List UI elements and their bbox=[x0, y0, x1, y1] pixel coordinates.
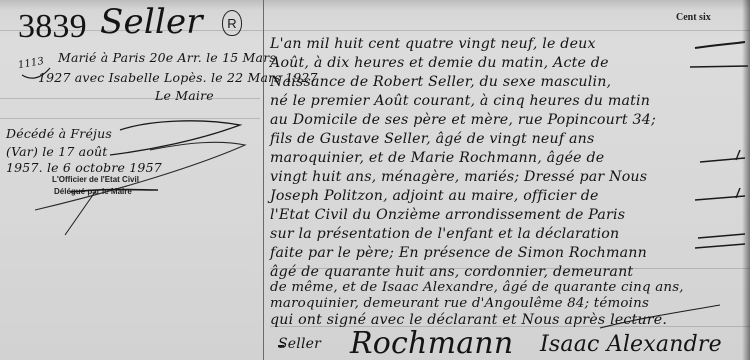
act-line-8: vingt huit ans, ménagère, mariés; Dressé… bbox=[270, 169, 647, 185]
act-line-13: âgé de quarante huit ans, cordonnier, de… bbox=[270, 264, 633, 280]
act-line-6: fils de Gustave Seller, âgé de vingt neu… bbox=[270, 131, 595, 147]
act-line-11: sur la présentation de l'enfant et la dé… bbox=[270, 226, 619, 242]
act-line-9: Joseph Politzon, adjoint au maire, offic… bbox=[270, 188, 599, 204]
signature-flourish-icon bbox=[270, 300, 750, 360]
act-line-5: au Domicile de ses père et mère, rue Pop… bbox=[270, 112, 656, 128]
act-line-10: l'Etat Civil du Onzième arrondissement d… bbox=[270, 207, 625, 223]
act-line-1: L'an mil huit cent quatre vingt neuf, le… bbox=[270, 36, 596, 52]
act-line-2: Août, à dix heures et demie du matin, Ac… bbox=[270, 55, 609, 71]
act-line-4: né le premier Août courant, à cinq heure… bbox=[270, 93, 650, 109]
signature-flourish-icon bbox=[0, 0, 265, 360]
act-line-7: maroquinier, et de Marie Rochmann, âgée … bbox=[270, 150, 604, 166]
register-page: Cent six 3839 Seller R 1113 Marié à Pari… bbox=[0, 0, 750, 360]
line-fill-strokes-icon bbox=[600, 0, 750, 340]
act-line-3: Naissance de Robert Seller, du sexe masc… bbox=[270, 74, 611, 90]
act-line-12: faite par le père; En présence de Simon … bbox=[270, 245, 647, 261]
